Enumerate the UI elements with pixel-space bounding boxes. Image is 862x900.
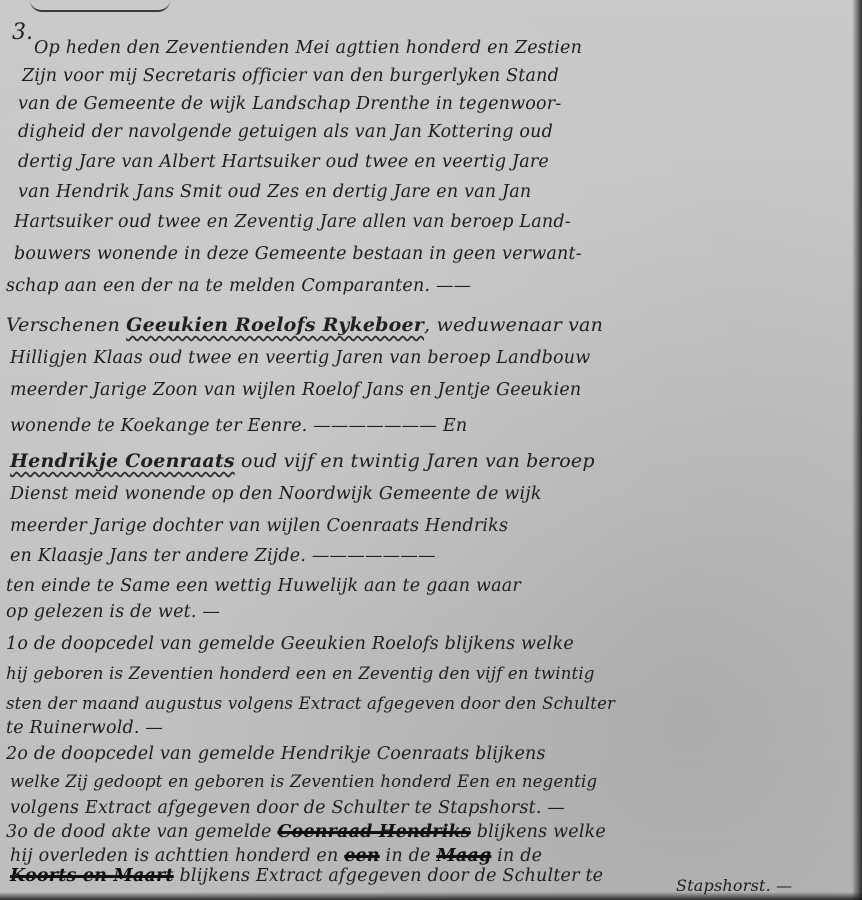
line-21: hij geboren is Zeventien honderd een en … — [6, 664, 595, 683]
struck-name: Coenraad Hendriks — [277, 822, 471, 842]
line-23: te Ruinerwold. — — [6, 718, 163, 738]
line-18: ten einde te Same een wettig Huwelijk aa… — [6, 576, 521, 596]
line-24: 2o de doopcedel van gemelde Hendrikje Co… — [6, 744, 546, 764]
bride-name: Hendrikje Coenraats — [10, 450, 235, 472]
groom-name: Geeukien Roelofs Rykeboer — [126, 314, 424, 336]
line-8: bouwers wonende in deze Gemeente bestaan… — [14, 244, 582, 264]
line-1: Op heden den Zeventienden Mei agttien ho… — [34, 38, 582, 58]
line-11: Hilligjen Klaas oud twee en veertig Jare… — [10, 348, 590, 368]
struck-word-3: Koorts en Maart — [10, 866, 174, 886]
line-27: 3o de dood akte van gemelde Coenraad Hen… — [6, 822, 606, 842]
struck-word-1: een — [344, 846, 380, 866]
line-7: Hartsuiker oud twee en Zeventig Jare all… — [14, 212, 571, 232]
line-17: en Klaasje Jans ter andere Zijde. ——————… — [10, 546, 436, 566]
entry-number: 3. — [12, 20, 33, 45]
line-6: van Hendrik Jans Smit oud Zes en dertig … — [18, 182, 531, 202]
line-10-groom: Verschenen Geeukien Roelofs Rykeboer, we… — [6, 314, 603, 336]
line-20: 1o de doopcedel van gemelde Geeukien Roe… — [6, 634, 574, 654]
line-13: wonende te Koekange ter Eenre. ——————— E… — [10, 416, 467, 436]
scan-edge-bottom — [0, 892, 862, 900]
line-22: sten der maand augustus volgens Extract … — [6, 694, 615, 713]
line-29: Koorts en Maart blijkens Extract afgegev… — [10, 866, 603, 886]
line-28: hij overleden is achttien honderd en een… — [10, 846, 542, 866]
line-14-bride: Hendrikje Coenraats oud vijf en twintig … — [10, 450, 595, 472]
line-25: welke Zij gedoopt en geboren is Zeventie… — [10, 772, 597, 791]
top-flourish-stroke — [30, 0, 170, 12]
line-15: Dienst meid wonende op den Noordwijk Gem… — [10, 484, 542, 504]
line-19: op gelezen is de wet. — — [6, 602, 220, 622]
line-4: digheid der navolgende getuigen als van … — [18, 122, 553, 142]
line-3: van de Gemeente de wijk Landschap Drenth… — [18, 94, 561, 114]
scan-edge-right — [852, 0, 862, 900]
line-9: schap aan een der na te melden Comparant… — [6, 276, 471, 296]
line-26: volgens Extract afgegeven door de Schult… — [10, 798, 565, 818]
line-16: meerder Jarige dochter van wijlen Coenra… — [10, 516, 508, 536]
line-12: meerder Jarige Zoon van wijlen Roelof Ja… — [10, 380, 581, 400]
struck-word-2: Maag — [436, 846, 491, 866]
line-2: Zijn voor mij Secretaris officier van de… — [22, 66, 559, 86]
line-5: dertig Jare van Albert Hartsuiker oud tw… — [18, 152, 549, 172]
document-page: 3. Op heden den Zeventienden Mei agttien… — [0, 0, 862, 900]
